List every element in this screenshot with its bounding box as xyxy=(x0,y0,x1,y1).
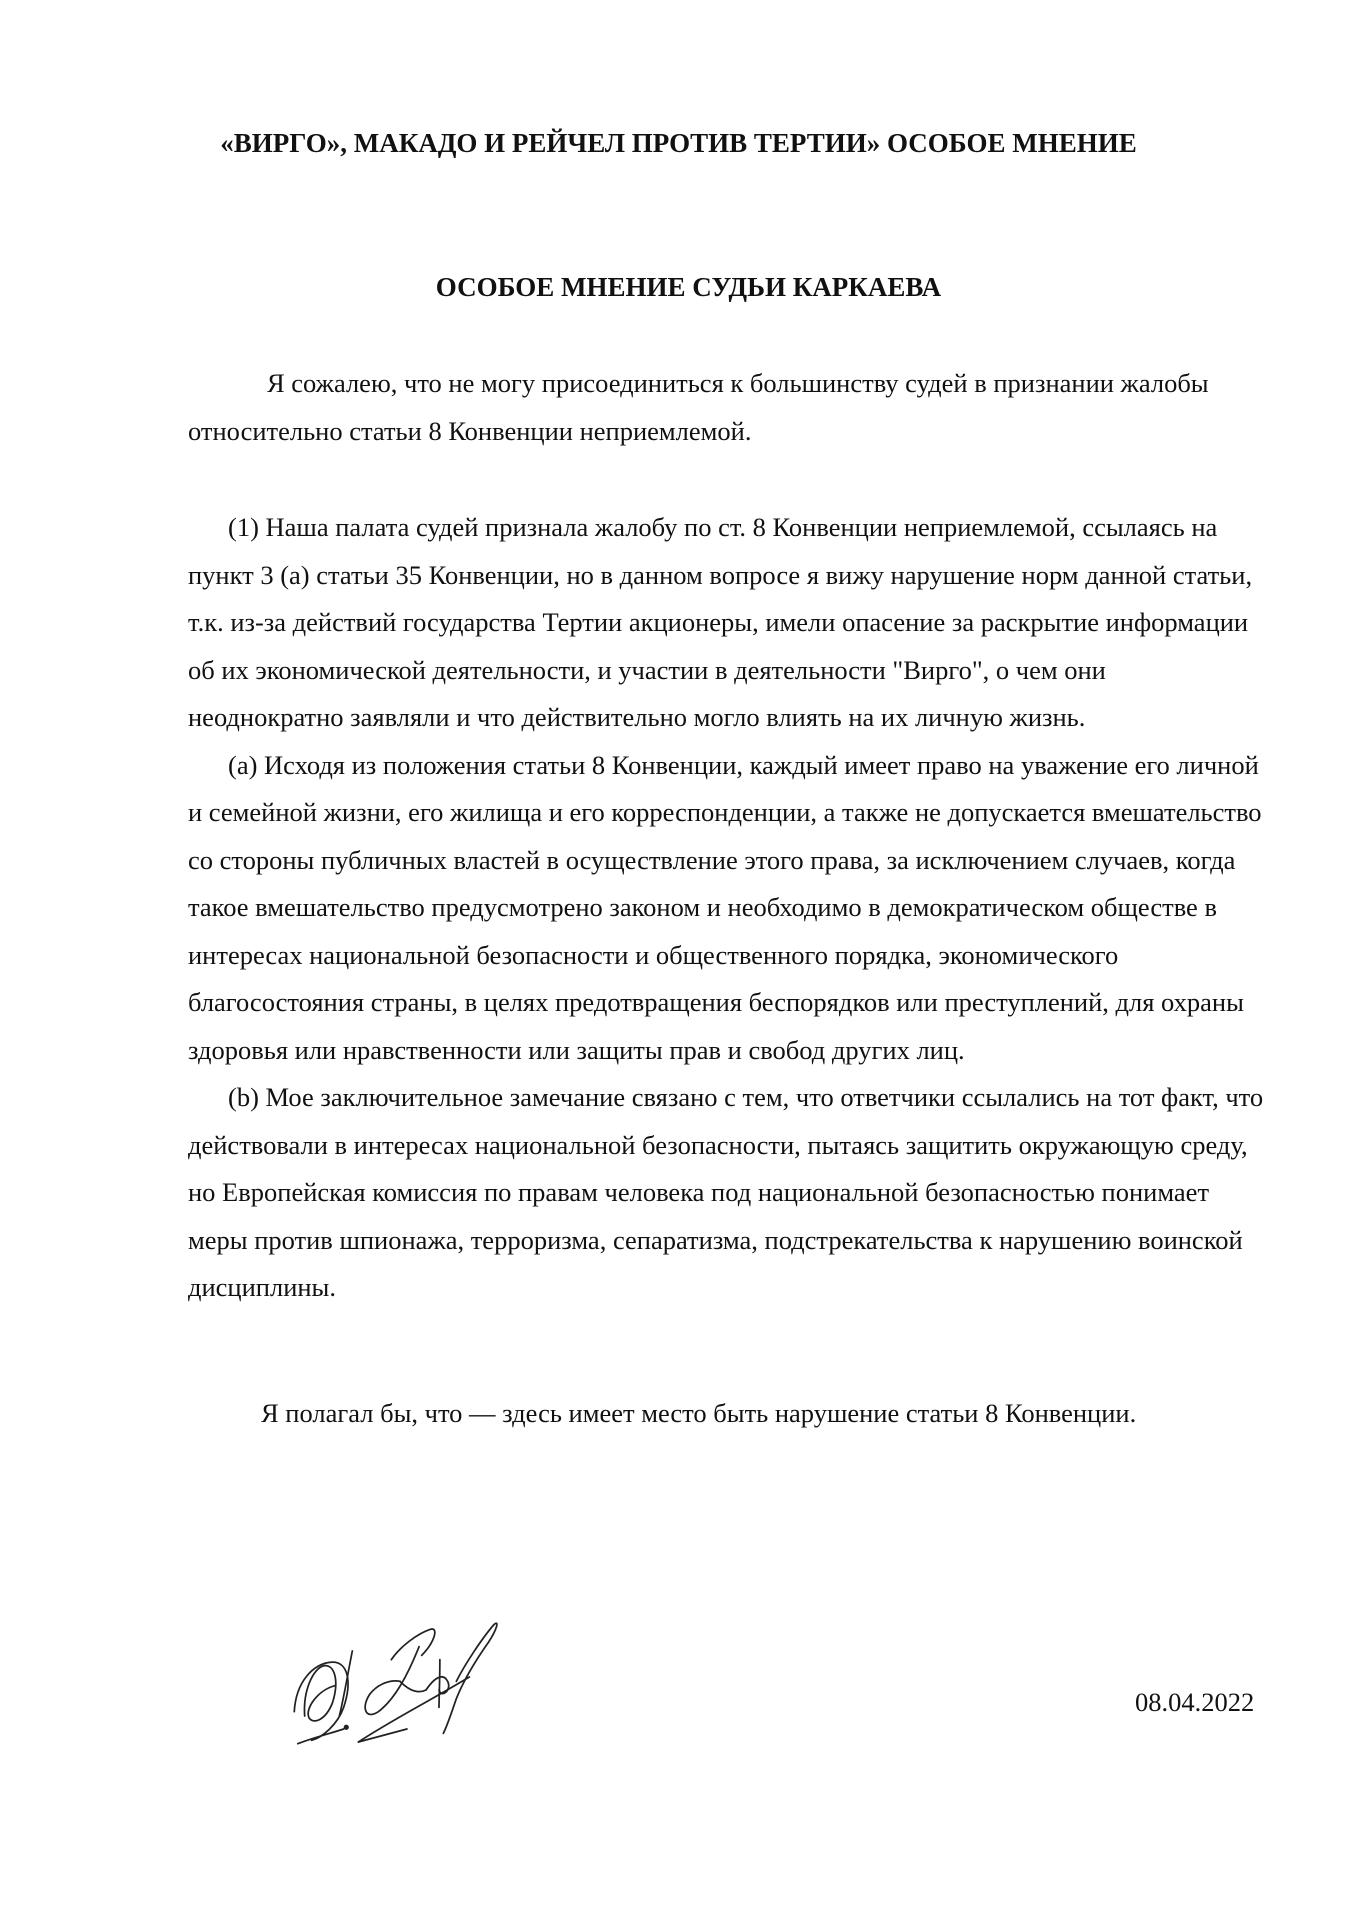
signature-icon xyxy=(270,1600,530,1780)
conclusion-text: Я полагал бы, что — здесь имеет место бы… xyxy=(261,1398,1136,1429)
paragraph-a: (a) Исходя из положения статьи 8 Конвенц… xyxy=(188,742,1268,1075)
document-title: «ВИРГО», МАКАДО И РЕЙЧЕЛ ПРОТИВ ТЕРТИИ» … xyxy=(0,128,1357,159)
section-title: ОСОБОЕ МНЕНИЕ СУДЬИ КАРКАЕВА xyxy=(0,272,1357,303)
paragraph-b: (b) Мое заключительное замечание связано… xyxy=(188,1074,1268,1312)
paragraph-1: (1) Наша палата судей признала жалобу по… xyxy=(188,504,1268,742)
argument-paragraphs: (1) Наша палата судей признала жалобу по… xyxy=(188,504,1268,1312)
intro-paragraph: Я сожалею, что не могу присоединиться к … xyxy=(188,360,1268,455)
document-page: «ВИРГО», МАКАДО И РЕЙЧЕЛ ПРОТИВ ТЕРТИИ» … xyxy=(0,0,1357,1920)
intro-line-1: Я сожалею, что не могу присоединиться к … xyxy=(188,360,1268,408)
intro-line-2: относительно статьи 8 Конвенции неприемл… xyxy=(188,408,1268,456)
document-date: 08.04.2022 xyxy=(1135,1687,1254,1718)
